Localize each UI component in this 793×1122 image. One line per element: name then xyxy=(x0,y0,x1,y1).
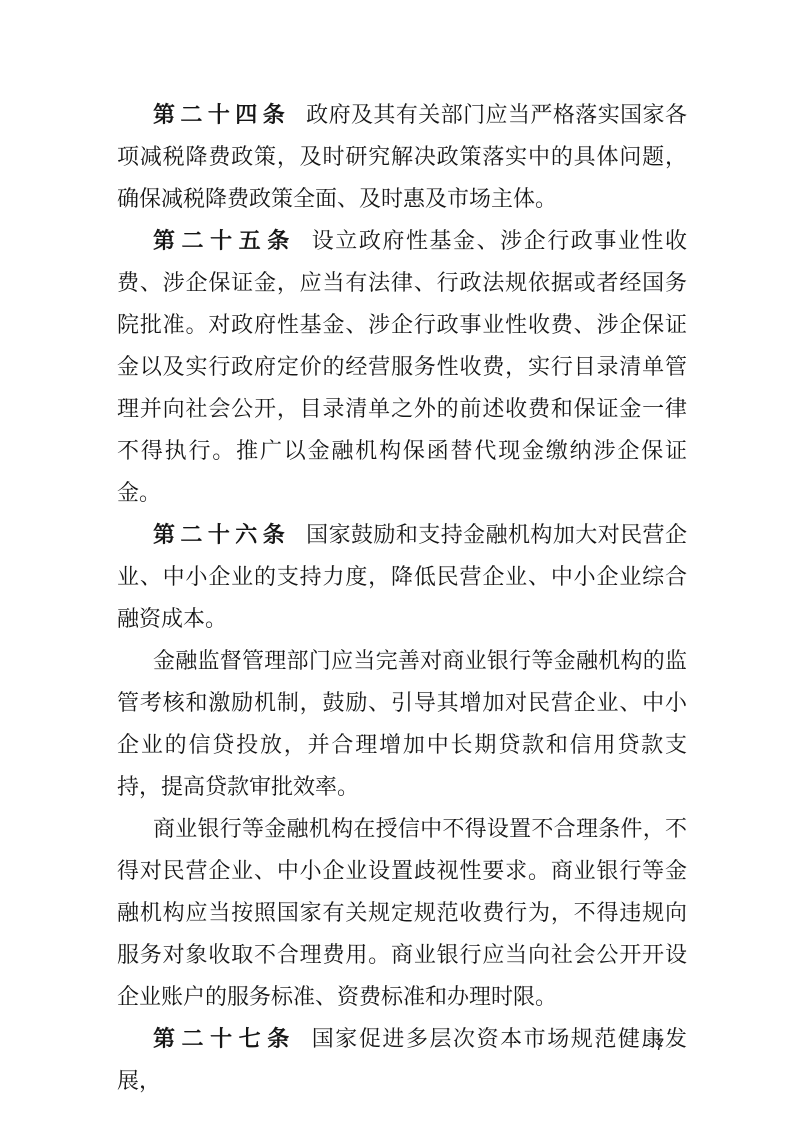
article-number: 第二十六条 xyxy=(153,522,290,547)
article-paragraph-26-clause-3: 商业银行等金融机构在授信中不得设置不合理条件，不得对民营企业、中小企业设置歧视性… xyxy=(117,808,687,1018)
document-body: 第二十四条政府及其有关部门应当严格落实国家各项减税降费政策，及时研究解决政策落实… xyxy=(117,94,687,1102)
article-number: 第二十五条 xyxy=(153,228,296,253)
article-paragraph-26-clause-2: 金融监督管理部门应当完善对商业银行等金融机构的监管考核和激励机制，鼓励、引导其增… xyxy=(117,640,687,808)
article-text: 商业银行等金融机构在授信中不得设置不合理条件，不得对民营企业、中小企业设置歧视性… xyxy=(117,816,687,1009)
article-text: 金融监督管理部门应当完善对商业银行等金融机构的监管考核和激励机制，鼓励、引导其增… xyxy=(117,648,687,799)
article-number: 第二十四条 xyxy=(153,102,290,127)
article-text: 设立政府性基金、涉企行政事业性收费、涉企保证金，应当有法律、行政法规依据或者经国… xyxy=(117,228,687,505)
article-paragraph-24: 第二十四条政府及其有关部门应当严格落实国家各项减税降费政策，及时研究解决政策落实… xyxy=(117,94,687,220)
page-number: - 7 - xyxy=(618,1034,702,1056)
article-number: 第二十七条 xyxy=(153,1026,296,1051)
article-paragraph-26: 第二十六条国家鼓励和支持金融机构加大对民营企业、中小企业的支持力度，降低民营企业… xyxy=(117,514,687,640)
article-paragraph-25: 第二十五条设立政府性基金、涉企行政事业性收费、涉企保证金，应当有法律、行政法规依… xyxy=(117,220,687,514)
article-paragraph-27: 第二十七条国家促进多层次资本市场规范健康发展， xyxy=(117,1018,687,1102)
document-page: 第二十四条政府及其有关部门应当严格落实国家各项减税降费政策，及时研究解决政策落实… xyxy=(0,0,793,1122)
